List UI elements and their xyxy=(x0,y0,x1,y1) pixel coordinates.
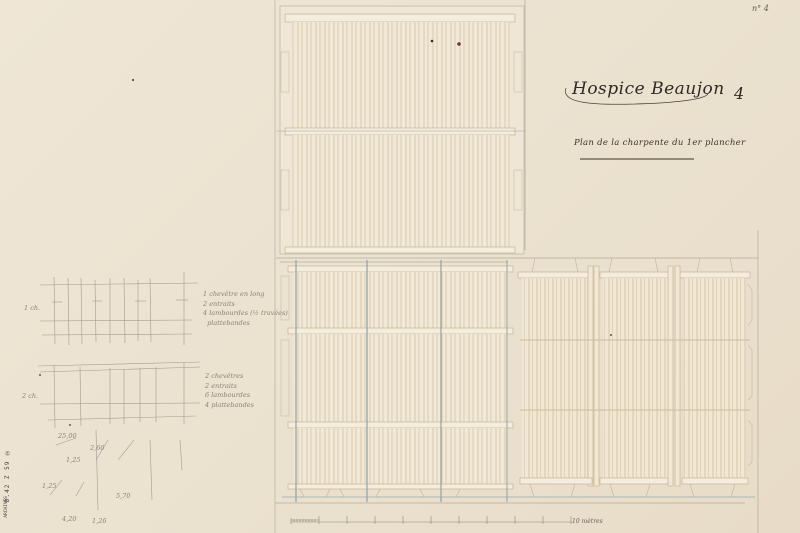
sketch-note-lower: 2 chevêtres 2 entraits 6 lambourdes 4 pl… xyxy=(205,372,254,410)
scale-label: 10 mètres xyxy=(572,518,603,525)
calc-note: 1,25 xyxy=(42,482,56,492)
calc-note: 1,25 xyxy=(66,456,80,466)
pencil-sketch xyxy=(38,272,200,510)
archive-stamp: D.42 Z 59 ② xyxy=(4,448,11,502)
sketch-label-lower: 2 ch. xyxy=(22,392,38,402)
plate-number: 4 xyxy=(734,84,744,103)
corner-plate-mark: n° 4 xyxy=(752,4,769,13)
drawing-subtitle: Plan de la charpente du 1er plancher xyxy=(574,138,745,148)
calc-note: 1,26 xyxy=(92,517,106,527)
calc-note: 5,70 xyxy=(116,492,130,502)
upper-floor-block xyxy=(276,6,526,254)
scale-bar xyxy=(291,516,572,524)
lower-right-floor-block xyxy=(518,258,752,497)
sketch-label-upper: 1 ch. xyxy=(24,304,40,314)
calc-note: 2,60 xyxy=(90,444,104,454)
calc-note: 4,20 xyxy=(62,515,76,525)
calc-note: 25,00 xyxy=(58,432,77,442)
sketch-note-upper: 1 chevêtre en long 2 entraits 4 lambourd… xyxy=(203,290,288,328)
drawing-sheet: n° 4 Hospice Beaujon 4 Plan de la charpe… xyxy=(0,0,800,533)
archive-stamp-small: ARCHIVES xyxy=(4,496,9,518)
drawing-title: Hospice Beaujon xyxy=(572,79,725,99)
